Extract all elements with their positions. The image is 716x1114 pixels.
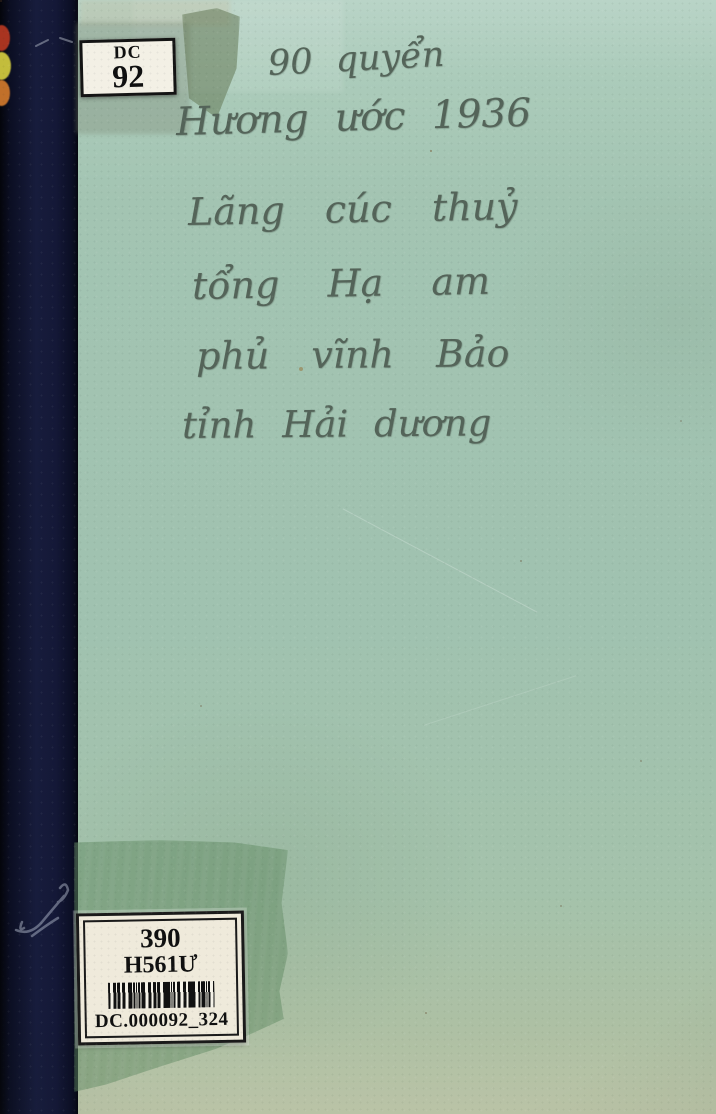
spine-scribble-mark — [8, 866, 80, 966]
call-number-label-top: DC 92 — [79, 38, 176, 97]
spine-sticker-orange — [0, 80, 10, 106]
book-spine — [0, 0, 80, 1114]
barcode — [108, 981, 214, 1009]
stain-specks — [0, 0, 2, 2]
bottom-label-barcode-text: DC.000092_324 — [95, 1010, 229, 1033]
bottom-label-cutter-number: H561Ư — [124, 952, 198, 978]
book-cover-scan: DC 92 90 quyển Hương ước 1936 Lãng cúc t… — [0, 0, 716, 1114]
barcode-label-frame: 390 H561Ư DC.000092_324 — [83, 918, 239, 1039]
handwriting-line-district: phủ vĩnh Bảo — [196, 331, 510, 378]
spine-sticker-yellow — [0, 52, 11, 80]
bottom-label-class-number: 390 — [140, 923, 181, 952]
handwriting-line-title-year: Hương ước 1936 — [175, 91, 531, 145]
handwriting-line-province: tỉnh Hải dương — [182, 401, 492, 447]
top-label-number: 92 — [112, 61, 145, 92]
handwriting-line-canton: tổng Hạ am — [192, 259, 491, 308]
handwriting-line-village: Lãng cúc thuỷ — [188, 184, 518, 234]
barcode-label-bottom: 390 H561Ư DC.000092_324 — [76, 911, 246, 1046]
spine-sticker-red — [0, 25, 10, 51]
spine-scratch-mark — [30, 30, 80, 60]
